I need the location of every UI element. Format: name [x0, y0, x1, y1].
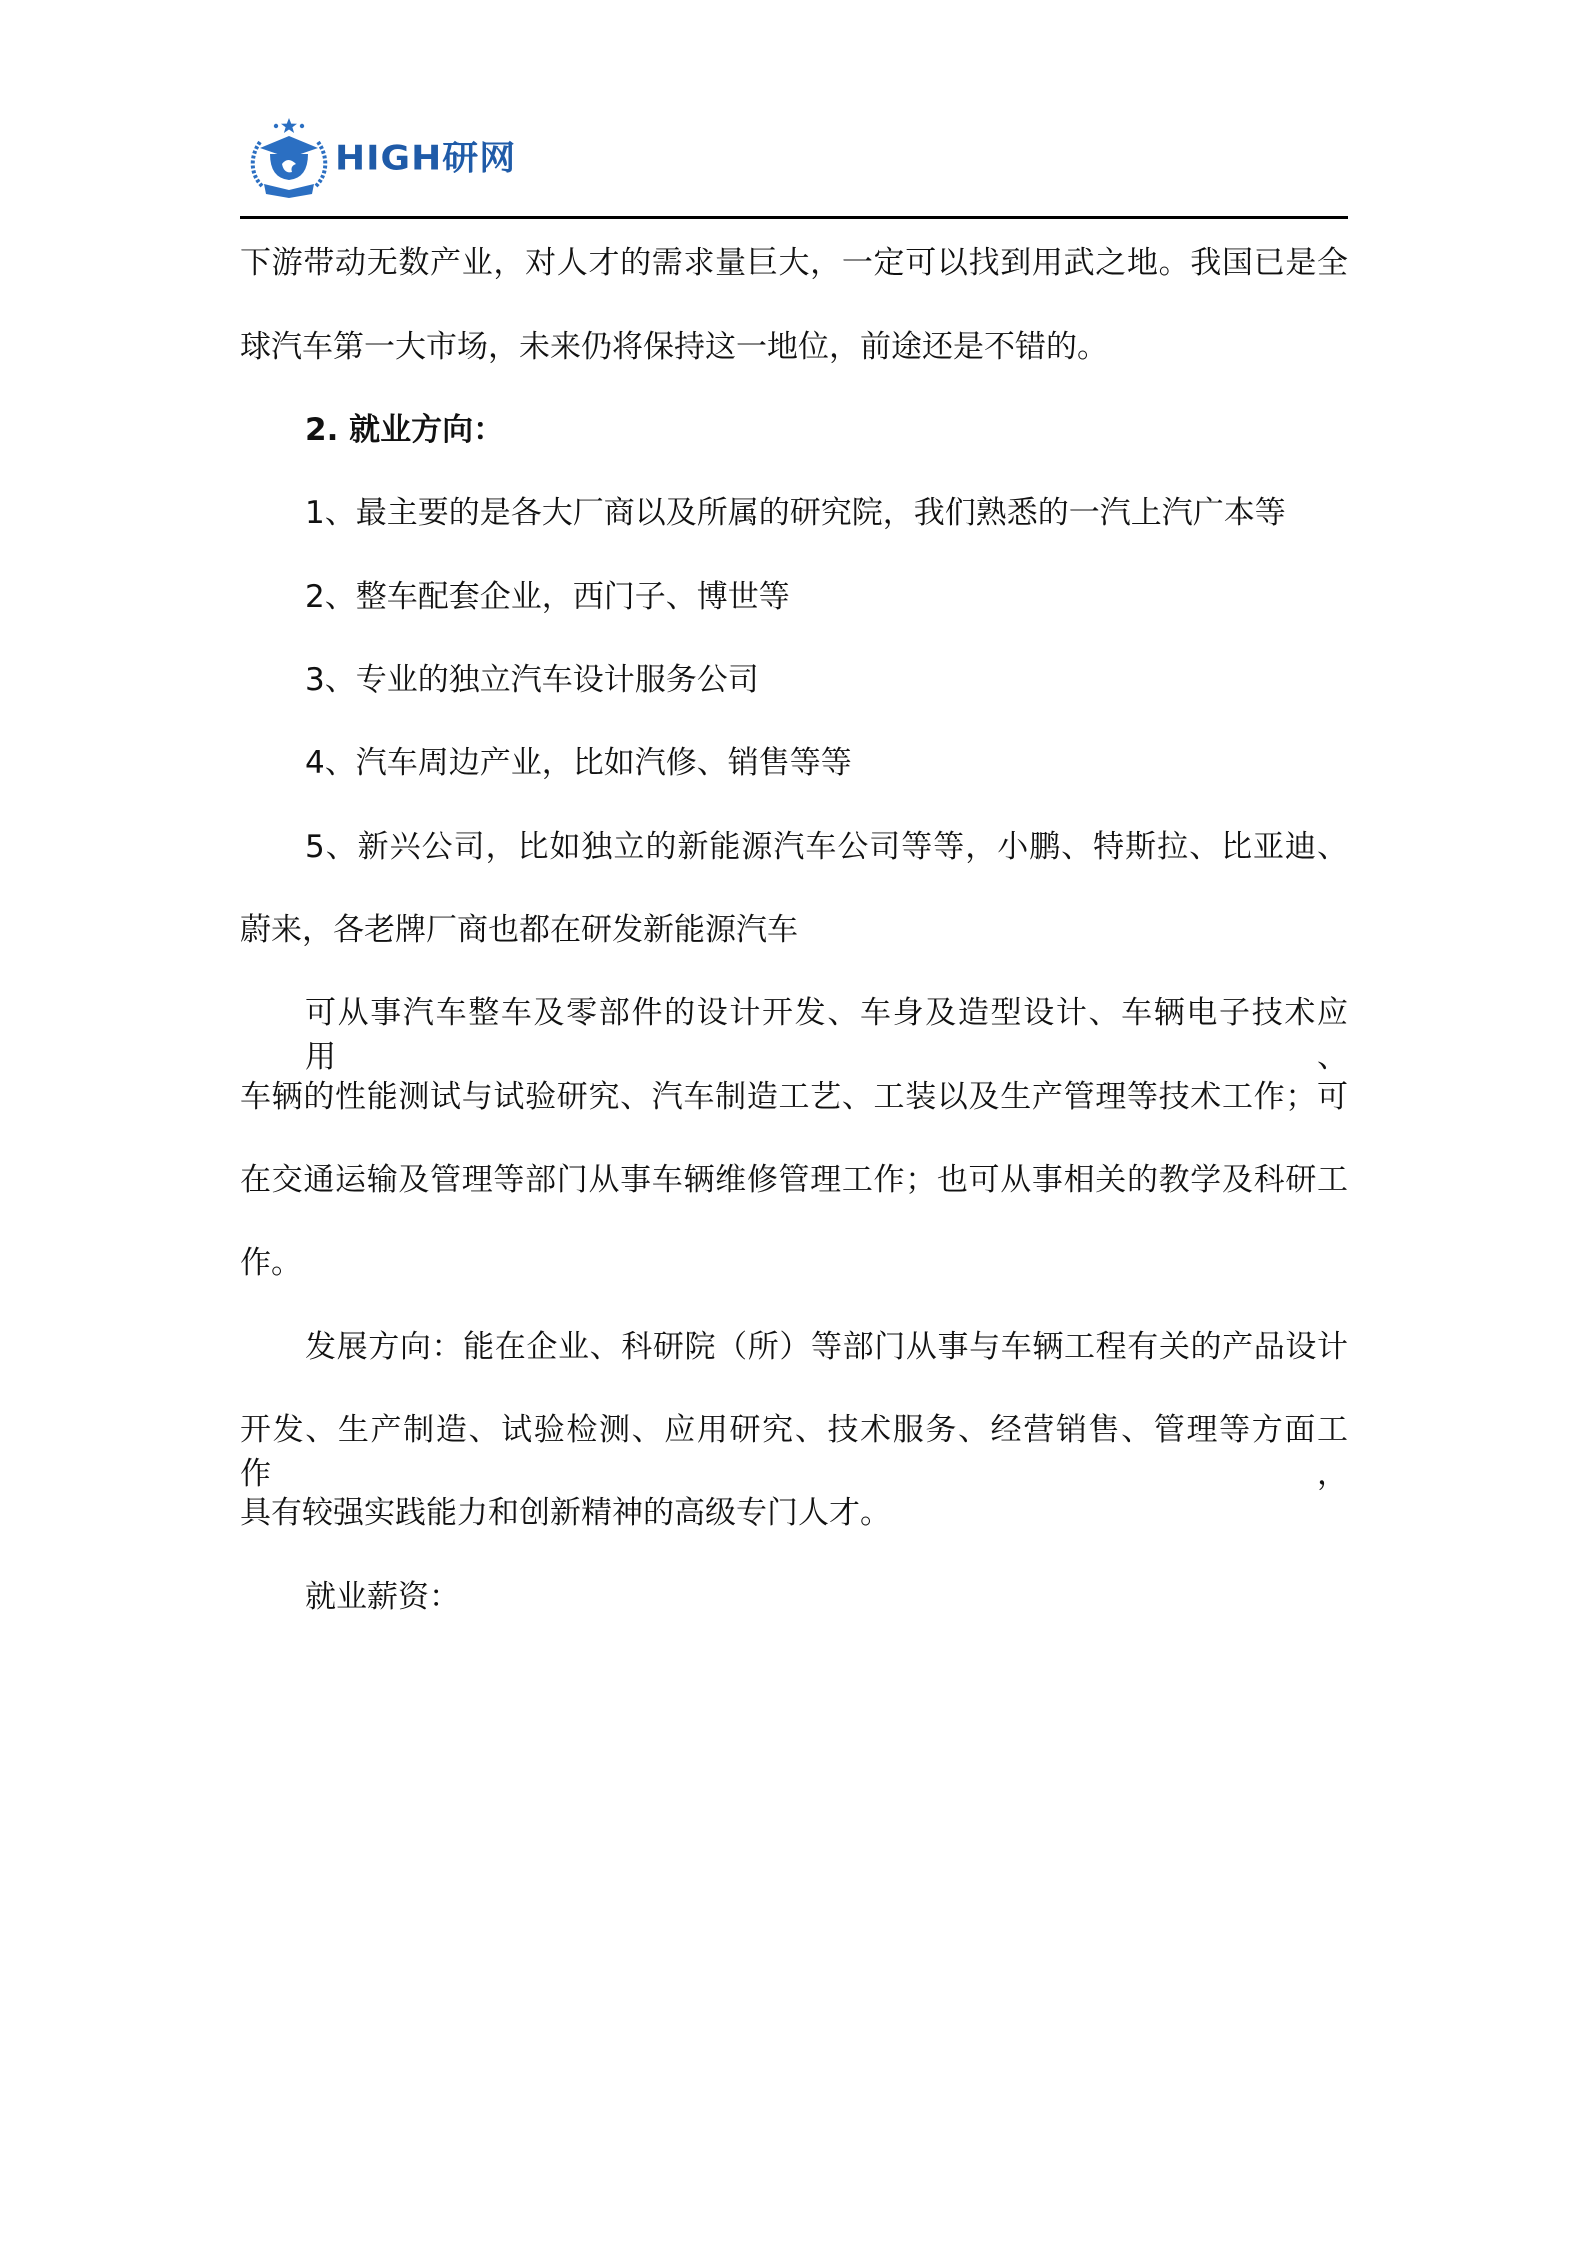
work-scope-line: 在交通运输及管理等部门从事车辆维修管理工作；也可从事相关的教学及科研工 — [240, 1158, 1348, 1202]
header-divider — [240, 216, 1348, 219]
salary-label: 就业薪资： — [305, 1575, 1348, 1619]
site-logo-text: HIGH研网 — [335, 140, 516, 178]
development-line: 发展方向：能在企业、科研院（所）等部门从事与车辆工程有关的产品设计 — [305, 1325, 1348, 1369]
intro-line: 下游带动无数产业，对人才的需求量巨大，一定可以找到用武之地。我国已是全 — [240, 241, 1348, 285]
section-heading: 2. 就业方向： — [305, 408, 1348, 452]
document-page: HIGH研网 下游带动无数产业，对人才的需求量巨大，一定可以找到用武之地。我国已… — [0, 0, 1587, 2245]
list-item: 5、新兴公司，比如独立的新能源汽车公司等等，小鹏、特斯拉、比亚迪、 — [305, 825, 1348, 869]
page-header: HIGH研网 — [240, 110, 1348, 220]
list-item: 3、专业的独立汽车设计服务公司 — [305, 658, 1348, 702]
work-scope-line: 车辆的性能测试与试验研究、汽车制造工艺、工装以及生产管理等技术工作；可 — [240, 1075, 1348, 1119]
graduation-cap-emblem-icon — [246, 116, 332, 202]
development-line: 具有较强实践能力和创新精神的高级专门人才。 — [240, 1491, 1348, 1535]
work-scope-line: 可从事汽车整车及零部件的设计开发、车身及造型设计、车辆电子技术应用、 — [305, 991, 1348, 1035]
intro-line: 球汽车第一大市场，未来仍将保持这一地位，前途还是不错的。 — [240, 325, 1348, 369]
list-item: 4、汽车周边产业，比如汽修、销售等等 — [305, 741, 1348, 785]
list-item: 1、最主要的是各大厂商以及所属的研究院，我们熟悉的一汽上汽广本等 — [305, 491, 1348, 535]
development-line: 开发、生产制造、试验检测、应用研究、技术服务、经营销售、管理等方面工作， — [240, 1408, 1348, 1452]
list-item: 2、整车配套企业，西门子、博世等 — [305, 575, 1348, 619]
work-scope-line: 作。 — [240, 1241, 1348, 1285]
list-item-continuation: 蔚来，各老牌厂商也都在研发新能源汽车 — [240, 908, 1348, 952]
